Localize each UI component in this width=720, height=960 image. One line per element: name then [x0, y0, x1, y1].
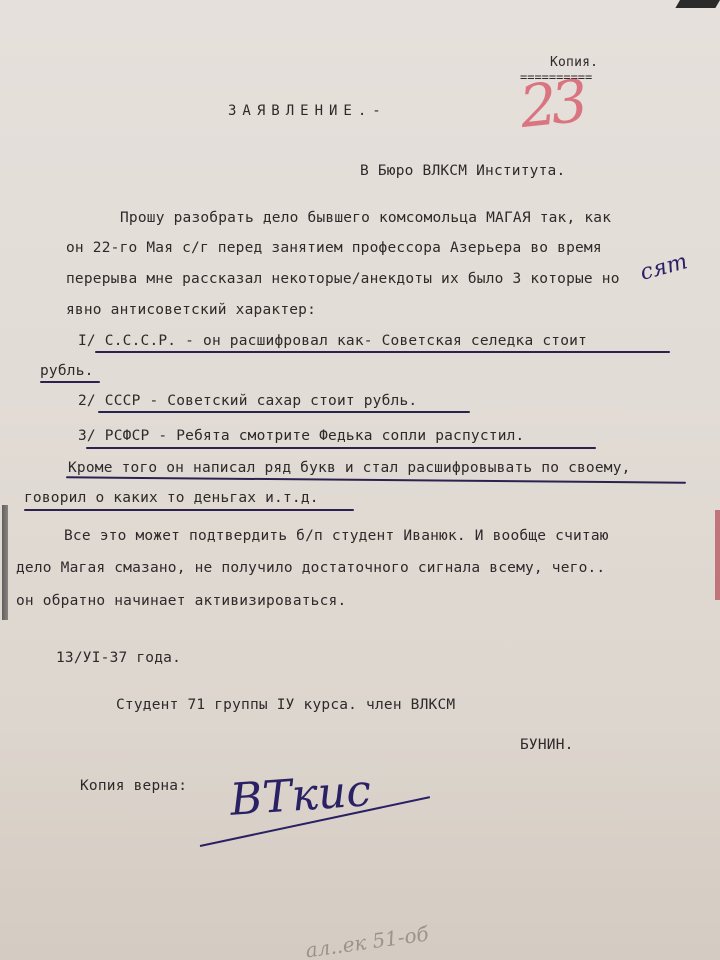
list-item-1: I/ С.С.С.Р. - он расшифровал как- Советс… — [78, 333, 587, 349]
left-edge-shadow — [2, 505, 8, 620]
handwritten-page-number: 23 — [517, 67, 586, 141]
ink-underline — [98, 411, 470, 413]
document-page: Копия. ========== 23 ЗАЯВЛЕНИЕ.- В Бюро … — [0, 0, 720, 960]
certification-label: Копия верна: — [80, 778, 187, 794]
body-line: Кроме того он написал ряд букв и стал ра… — [68, 460, 631, 476]
signature-line: Студент 71 группы IУ курса. член ВЛКСМ — [116, 697, 455, 713]
body-line: Прошу разобрать дело бывшего комсомольца… — [120, 210, 611, 226]
document-date: 13/УI-37 года. — [56, 650, 181, 666]
body-line: он обратно начинает активизироваться. — [16, 593, 346, 609]
body-line: говорил о каких то деньгах и.т.д. — [24, 490, 319, 506]
handwritten-insertion: сят — [638, 249, 691, 286]
list-item-2: 2/ СССР - Советский сахар стоит рубль. — [78, 393, 417, 409]
page-corner — [675, 0, 720, 8]
body-line: дело Магая смазано, не получило достаточ… — [16, 560, 605, 576]
addressee: В Бюро ВЛКСМ Института. — [360, 163, 565, 179]
document-title: ЗАЯВЛЕНИЕ.- — [228, 103, 387, 119]
ink-underline — [86, 447, 596, 449]
signer-name: БУНИН. — [520, 737, 574, 753]
ink-underline — [40, 381, 100, 383]
ink-underline — [95, 351, 670, 353]
pencil-archive-note: ал..ек 51-об — [304, 921, 430, 960]
handwritten-signature: ВТкис — [228, 765, 372, 826]
right-edge-mark — [715, 510, 720, 600]
body-line: перерыва мне рассказал некоторые/анекдот… — [66, 271, 620, 287]
body-line: явно антисоветский характер: — [66, 302, 316, 318]
list-item-3: 3/ РСФСР - Ребята смотрите Федька сопли … — [78, 428, 525, 444]
ink-underline — [24, 509, 354, 511]
body-line: он 22-го Мая с/г перед занятием профессо… — [66, 240, 602, 256]
body-line: Все это может подтвердить б/п студент Ив… — [64, 528, 609, 544]
list-item-1-cont: рубль. — [40, 363, 94, 379]
ink-underline — [66, 476, 686, 483]
